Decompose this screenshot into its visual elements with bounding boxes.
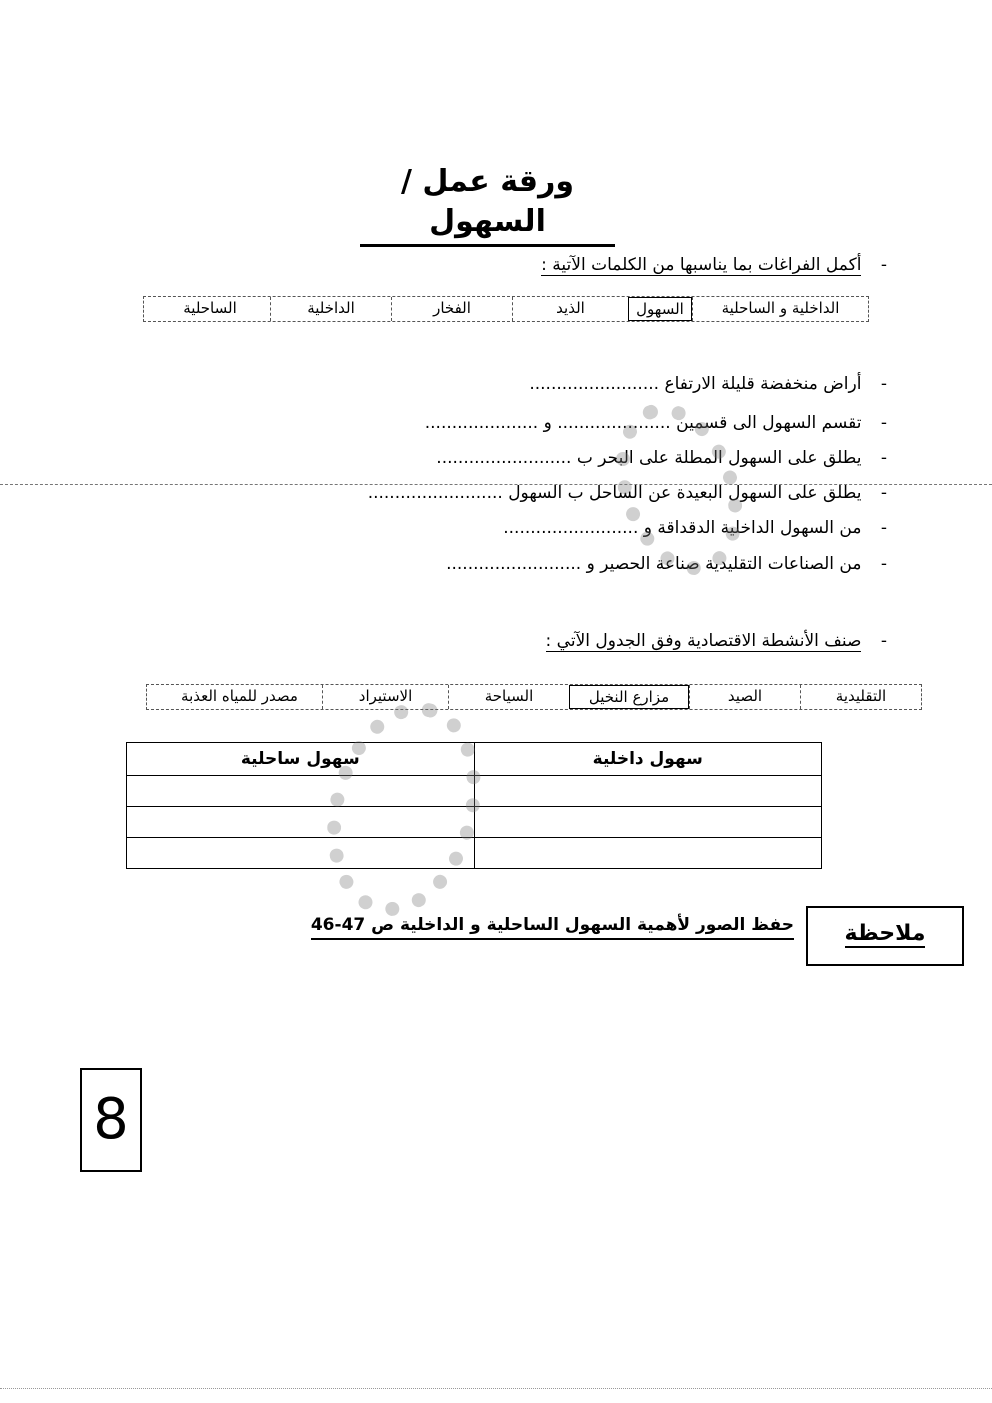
answer-blank[interactable]: ......................... bbox=[368, 483, 503, 503]
word-bank-item: الداخلية و الساحلية bbox=[692, 297, 868, 321]
word-bank-2: التقليدية الصيد مزارع النخيل السياحة الا… bbox=[146, 684, 922, 710]
answer-blank[interactable]: ......................... bbox=[446, 554, 581, 574]
word-bank-1: الداخلية و الساحلية السهول الذيد الفخار … bbox=[143, 296, 869, 322]
word-bank-item: الصيد bbox=[689, 685, 800, 709]
section2-instruction: - صنف الأنشطة الاقتصادية وفق الجدول الآت… bbox=[546, 628, 887, 654]
word-bank-item: السهول bbox=[628, 297, 692, 321]
bullet-dash: - bbox=[881, 374, 887, 394]
page-number: 8 bbox=[80, 1068, 142, 1172]
scan-edge bbox=[0, 1388, 992, 1389]
word-bank-item: الذيد bbox=[512, 297, 628, 321]
instruction-text: أكمل الفراغات بما يناسبها من الكلمات الآ… bbox=[541, 255, 861, 276]
note-label: ملاحظة bbox=[845, 921, 926, 948]
word-bank-item: مزارع النخيل bbox=[569, 685, 689, 709]
bullet-dash: - bbox=[881, 518, 887, 538]
bullet-dash: - bbox=[881, 483, 887, 503]
answer-blank[interactable]: ......................... bbox=[503, 518, 638, 538]
question-text: أراض منخفضة قليلة الارتفاع bbox=[664, 374, 861, 394]
answer-blank[interactable]: ........................ bbox=[529, 374, 659, 394]
section1-instruction: - أكمل الفراغات بما يناسبها من الكلمات ا… bbox=[541, 252, 887, 278]
note-label-box: ملاحظة bbox=[806, 906, 964, 966]
word-bank-item: مصدر للمياه العذبة bbox=[157, 685, 322, 709]
bullet-dash: - bbox=[881, 631, 887, 651]
word-bank-item: الفخار bbox=[391, 297, 512, 321]
instruction-text: صنف الأنشطة الاقتصادية وفق الجدول الآتي … bbox=[546, 631, 862, 652]
table-row bbox=[127, 838, 822, 869]
word-bank-item: الداخلية bbox=[270, 297, 391, 321]
note-text: حفظ الصور لأهمية السهول الساحلية و الداخ… bbox=[311, 912, 794, 940]
stamp-mark bbox=[304, 685, 503, 934]
bullet-dash: - bbox=[881, 255, 887, 275]
word-bank-item: الساحلية bbox=[150, 297, 270, 321]
answer-blank[interactable]: ......................... bbox=[436, 448, 571, 468]
bullet-dash: - bbox=[881, 413, 887, 433]
word-bank-item: التقليدية bbox=[800, 685, 921, 709]
question-item: - أراض منخفضة قليلة الارتفاع ...........… bbox=[529, 372, 887, 396]
bullet-dash: - bbox=[881, 448, 887, 468]
bullet-dash: - bbox=[881, 554, 887, 574]
table-cell[interactable] bbox=[474, 838, 821, 869]
fold-line bbox=[0, 484, 992, 485]
table-cell[interactable] bbox=[474, 776, 821, 807]
word-bank-item: السياحة bbox=[448, 685, 569, 709]
header-inland-plains: سهول داخلية bbox=[474, 743, 821, 776]
page-title: ورقة عمل / السهول bbox=[360, 162, 615, 247]
table-cell[interactable] bbox=[474, 807, 821, 838]
